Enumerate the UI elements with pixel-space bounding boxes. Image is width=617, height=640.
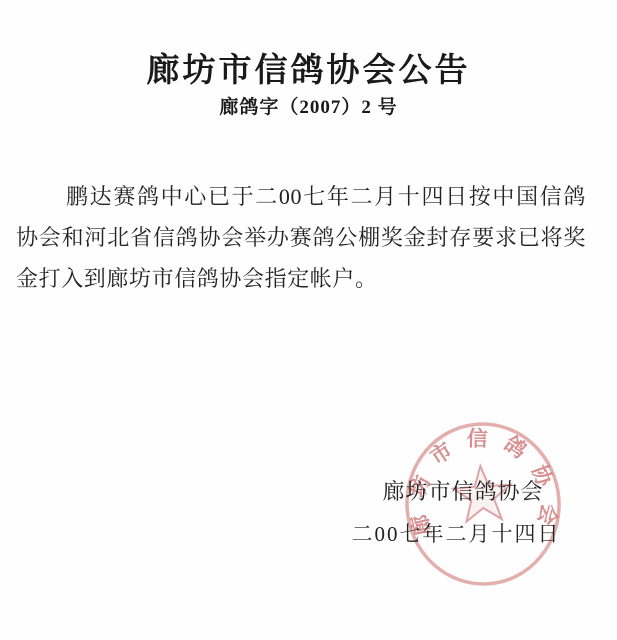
date-line: 二00七年二月十四日 xyxy=(350,518,562,548)
page-title: 廊坊市信鸽协会公告 xyxy=(0,44,617,91)
document-number: 廊鸽字（2007）2 号 xyxy=(0,92,617,119)
body-paragraph: 鹏达赛鸽中心已于二00七年二月十四日按中国信鸽协会和河北省信鸽协会举办赛鸽公棚奖… xyxy=(16,176,586,299)
document-page: 廊坊市信鸽协会公告 廊鸽字（2007）2 号 鹏达赛鸽中心已于二00七年二月十四… xyxy=(0,0,617,640)
signature-line: 廊坊市信鸽协会 xyxy=(370,475,556,506)
